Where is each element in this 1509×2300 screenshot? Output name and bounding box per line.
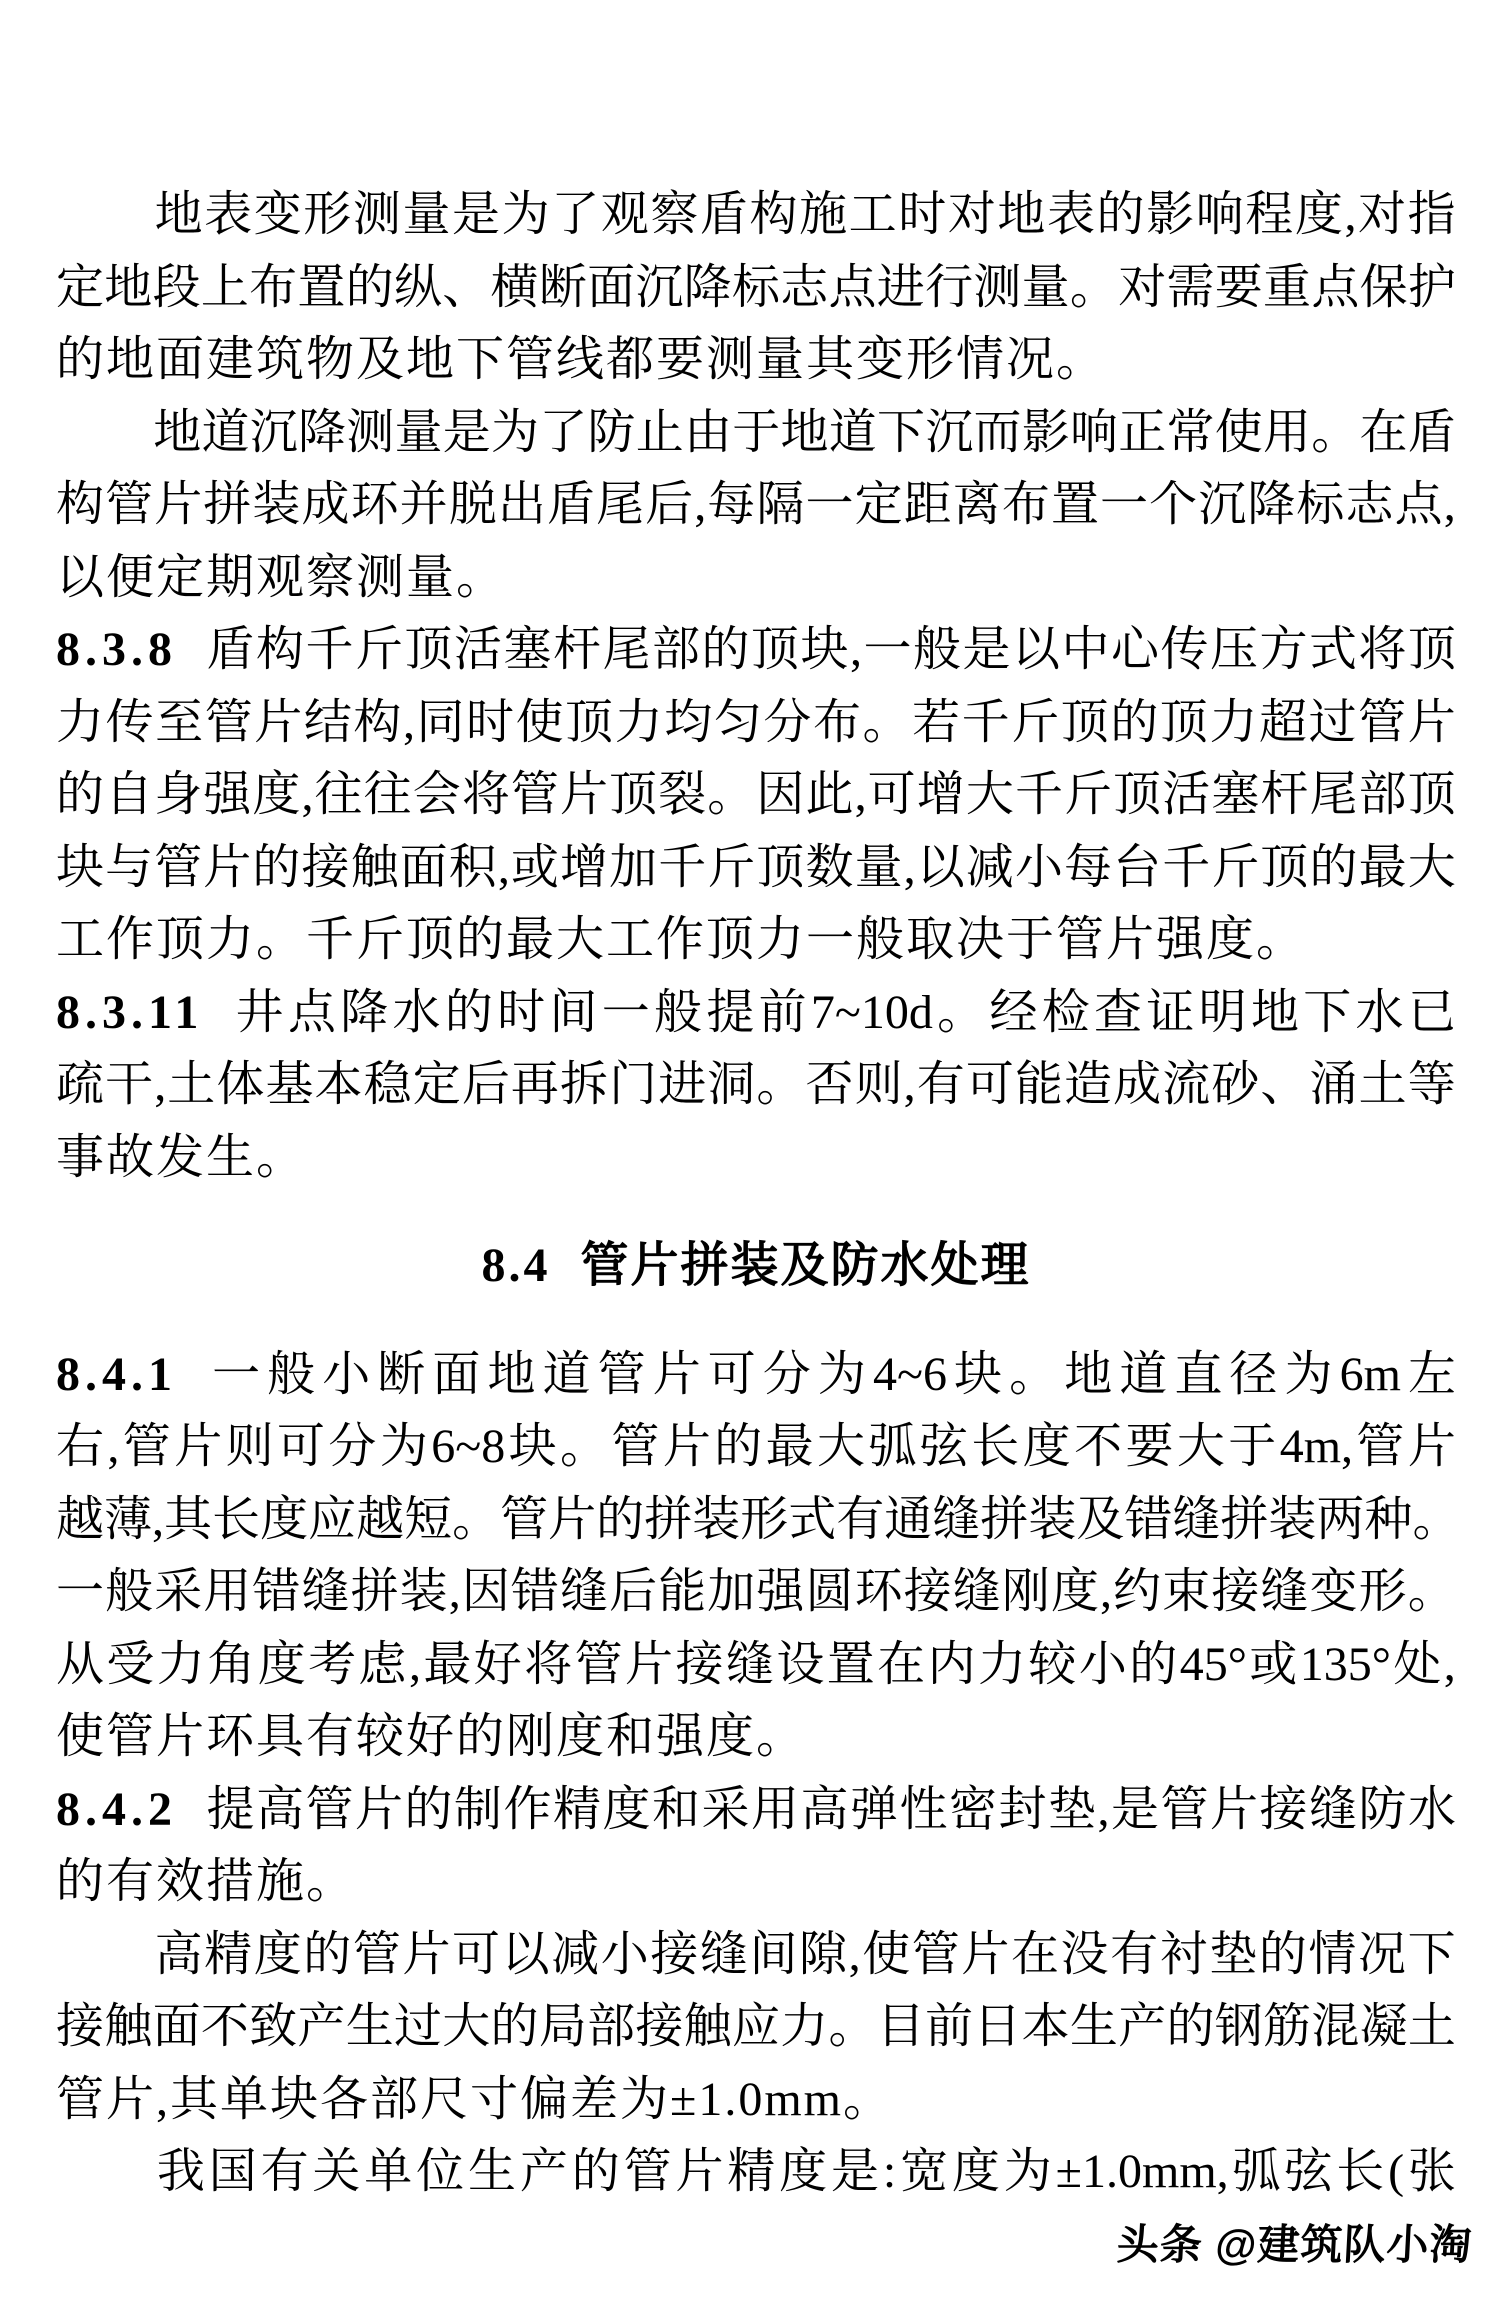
text-line: 8.3.8盾构千斤顶活塞杆尾部的顶块,一般是以中心传压方式将顶 — [56, 614, 1456, 687]
text-line: 一般采用错缝拼装,因错缝后能加强圆环接缝刚度,约束接缝变形。 — [56, 1556, 1456, 1629]
text-line: 地道沉降测量是为了防止由于地道下沉而影响正常使用。在盾 — [56, 397, 1456, 470]
section-heading: 8.4管片拼装及防水处理 — [56, 1230, 1456, 1303]
text-line: 8.3.11井点降水的时间一般提前7~10d。经检查证明地下水已 — [56, 977, 1456, 1050]
text-line: 以便定期观察测量。 — [56, 542, 1456, 615]
section-number: 8.4 — [481, 1239, 550, 1292]
text-line: 力传至管片结构,同时使顶力均匀分布。若千斤顶的顶力超过管片 — [56, 687, 1456, 760]
section-number: 8.3.11 — [56, 977, 203, 1050]
text-line: 构管片拼装成环并脱出盾尾后,每隔一定距离布置一个沉降标志点, — [56, 469, 1456, 542]
text-line: 越薄,其长度应越短。管片的拼装形式有通缝拼装及错缝拼装两种。 — [56, 1484, 1456, 1557]
section-number: 8.4.1 — [56, 1339, 177, 1412]
text-line: 管片,其单块各部尺寸偏差为±1.0mm。 — [56, 2064, 1456, 2137]
text-line: 的自身强度,往往会将管片顶裂。因此,可增大千斤顶活塞杆尾部顶 — [56, 759, 1456, 832]
text-line: 高精度的管片可以减小接缝间隙,使管片在没有衬垫的情况下 — [56, 1919, 1456, 1992]
text-line: 定地段上布置的纵、横断面沉降标志点进行测量。对需要重点保护 — [56, 252, 1456, 325]
text-line: 接触面不致产生过大的局部接触应力。目前日本生产的钢筋混凝土 — [56, 1991, 1456, 2064]
text-line: 8.4.1一般小断面地道管片可分为4~6块。地道直径为6m左 — [56, 1339, 1456, 1412]
text-line: 右,管片则可分为6~8块。管片的最大弧弦长度不要大于4m,管片 — [56, 1411, 1456, 1484]
text-line: 我国有关单位生产的管片精度是:宽度为±1.0mm,弧弦长(张 — [56, 2136, 1456, 2209]
watermark-badge: 头条 @建筑队小淘 — [1116, 2212, 1475, 2272]
document-body: 地表变形测量是为了观察盾构施工时对地表的影响程度,对指定地段上布置的纵、横断面沉… — [56, 179, 1456, 2209]
text-line: 块与管片的接触面积,或增加千斤顶数量,以减小每台千斤顶的最大 — [56, 832, 1456, 905]
section-heading-title: 管片拼装及防水处理 — [580, 1239, 1030, 1292]
text-line: 疏干,土体基本稳定后再拆门进洞。否则,有可能造成流砂、涌土等 — [56, 1049, 1456, 1122]
text-line: 的地面建筑物及地下管线都要测量其变形情况。 — [56, 324, 1456, 397]
text-line: 事故发生。 — [56, 1122, 1456, 1195]
section-number: 8.3.8 — [56, 614, 177, 687]
section-number: 8.4.2 — [56, 1774, 177, 1847]
text-line: 8.4.2提高管片的制作精度和采用高弹性密封垫,是管片接缝防水 — [56, 1774, 1456, 1847]
text-line: 工作顶力。千斤顶的最大工作顶力一般取决于管片强度。 — [56, 904, 1456, 977]
text-line: 使管片环具有较好的刚度和强度。 — [56, 1701, 1456, 1774]
document-page: 地表变形测量是为了观察盾构施工时对地表的影响程度,对指定地段上布置的纵、横断面沉… — [0, 0, 1509, 2300]
text-line: 从受力角度考虑,最好将管片接缝设置在内力较小的45°或135°处, — [56, 1629, 1456, 1702]
text-line: 地表变形测量是为了观察盾构施工时对地表的影响程度,对指 — [56, 179, 1456, 252]
text-line: 的有效措施。 — [56, 1846, 1456, 1919]
